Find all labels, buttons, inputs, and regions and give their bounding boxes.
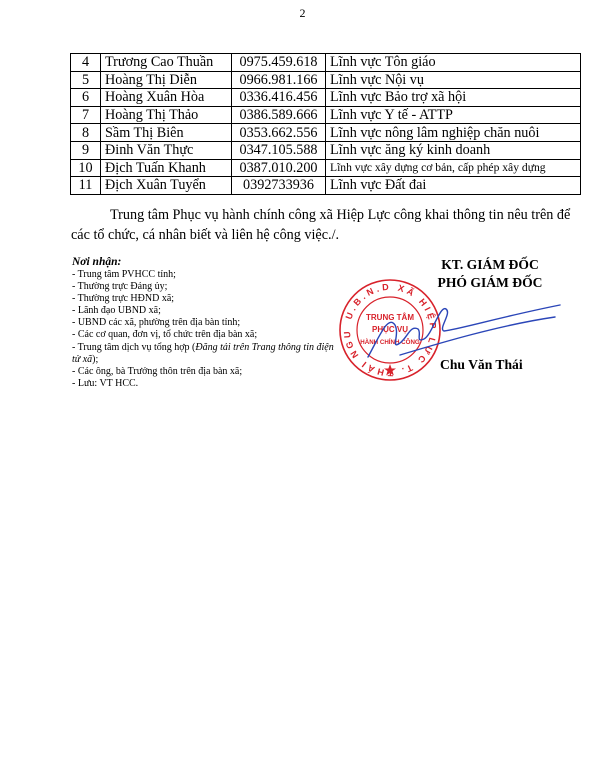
recipient-item: - Lãnh đạo UBND xã; — [72, 305, 342, 317]
recipient-item: - UBND các xã, phường trên địa bàn tỉnh; — [72, 317, 342, 329]
contact-phone: 0353.662.556 — [232, 124, 326, 142]
recipient-item: - Các ông, bà Trưởng thôn trên địa bàn x… — [72, 366, 342, 378]
contact-name: Hoàng Xuân Hòa — [101, 89, 232, 107]
contact-field: Lĩnh vực Tôn giáo — [326, 54, 581, 72]
contact-field: Lĩnh vực Y tế - ATTP — [326, 106, 581, 124]
recipient-item: - Lưu: VT HCC. — [72, 378, 342, 390]
recipient-item: - Các cơ quan, đơn vị, tổ chức trên địa … — [72, 329, 342, 341]
signer-name: Chu Văn Thái — [440, 357, 523, 373]
contact-field: Lĩnh vực xây dựng cơ bản, cấp phép xây d… — [326, 159, 581, 177]
contact-phone: 0966.981.166 — [232, 71, 326, 89]
contact-name: Hoàng Thị Diễn — [101, 71, 232, 89]
row-number: 4 — [71, 54, 101, 72]
table-row: 4Trương Cao Thuần0975.459.618Lĩnh vực Tô… — [71, 54, 581, 72]
recipient-item: - Trung tâm dịch vụ tổng hợp (Đăng tải t… — [72, 342, 342, 366]
page-number: 2 — [0, 6, 605, 21]
recipient-item-text: - Trung tâm dịch vụ tổng hợp ( — [72, 342, 195, 353]
row-number: 10 — [71, 159, 101, 177]
contact-name: Địch Xuân Tuyển — [101, 177, 232, 195]
table-row: 9Đinh Văn Thực0347.105.588Lĩnh vực ăng k… — [71, 141, 581, 159]
signature-title-line1: KT. GIÁM ĐỐC — [400, 256, 580, 274]
table-row: 10Địch Tuấn Khanh0387.010.200Lĩnh vực xâ… — [71, 159, 581, 177]
contact-phone: 0975.459.618 — [232, 54, 326, 72]
table-row: 11Địch Xuân Tuyển0392733936Lĩnh vực Đất … — [71, 177, 581, 195]
table-row: 8Sầm Thị Biên0353.662.556Lĩnh vực nông l… — [71, 124, 581, 142]
recipients-block: Nơi nhận: - Trung tâm PVHCC tỉnh; - Thườ… — [72, 256, 342, 390]
contact-field: Lĩnh vực ăng ký kinh doanh — [326, 141, 581, 159]
recipients-list: - Trung tâm PVHCC tỉnh; - Thường trực Đả… — [72, 269, 342, 390]
row-number: 8 — [71, 124, 101, 142]
contacts-table: 4Trương Cao Thuần0975.459.618Lĩnh vực Tô… — [70, 53, 581, 195]
recipient-item: - Trung tâm PVHCC tỉnh; — [72, 269, 342, 281]
row-number: 6 — [71, 89, 101, 107]
recipient-item-suffix: ); — [92, 354, 98, 365]
contact-field: Lĩnh vực nông lâm nghiệp chăn nuôi — [326, 124, 581, 142]
contact-phone: 0386.589.666 — [232, 106, 326, 124]
recipients-title: Nơi nhận: — [72, 256, 342, 269]
contact-phone: 0336.416.456 — [232, 89, 326, 107]
row-number: 11 — [71, 177, 101, 195]
recipient-item: - Thường trực Đảng ủy; — [72, 281, 342, 293]
body-paragraph: Trung tâm Phục vụ hành chính công xã Hiệ… — [71, 206, 583, 245]
contact-field: Lĩnh vực Bảo trợ xã hội — [326, 89, 581, 107]
contact-name: Sầm Thị Biên — [101, 124, 232, 142]
table-row: 5Hoàng Thị Diễn0966.981.166Lĩnh vực Nội … — [71, 71, 581, 89]
contact-name: Đinh Văn Thực — [101, 141, 232, 159]
contact-field: Lĩnh vực Nội vụ — [326, 71, 581, 89]
table-row: 6Hoàng Xuân Hòa0336.416.456Lĩnh vực Bảo … — [71, 89, 581, 107]
row-number: 7 — [71, 106, 101, 124]
table-row: 7Hoàng Thị Thảo0386.589.666Lĩnh vực Y tế… — [71, 106, 581, 124]
contact-field: Lĩnh vực Đất đai — [326, 177, 581, 195]
contact-phone: 0387.010.200 — [232, 159, 326, 177]
row-number: 5 — [71, 71, 101, 89]
handwritten-signature-icon — [360, 295, 565, 365]
recipient-item: - Thường trực HĐND xã; — [72, 293, 342, 305]
contact-phone: 0392733936 — [232, 177, 326, 195]
row-number: 9 — [71, 141, 101, 159]
contact-name: Trương Cao Thuần — [101, 54, 232, 72]
contact-phone: 0347.105.588 — [232, 141, 326, 159]
contact-name: Địch Tuấn Khanh — [101, 159, 232, 177]
contact-name: Hoàng Thị Thảo — [101, 106, 232, 124]
